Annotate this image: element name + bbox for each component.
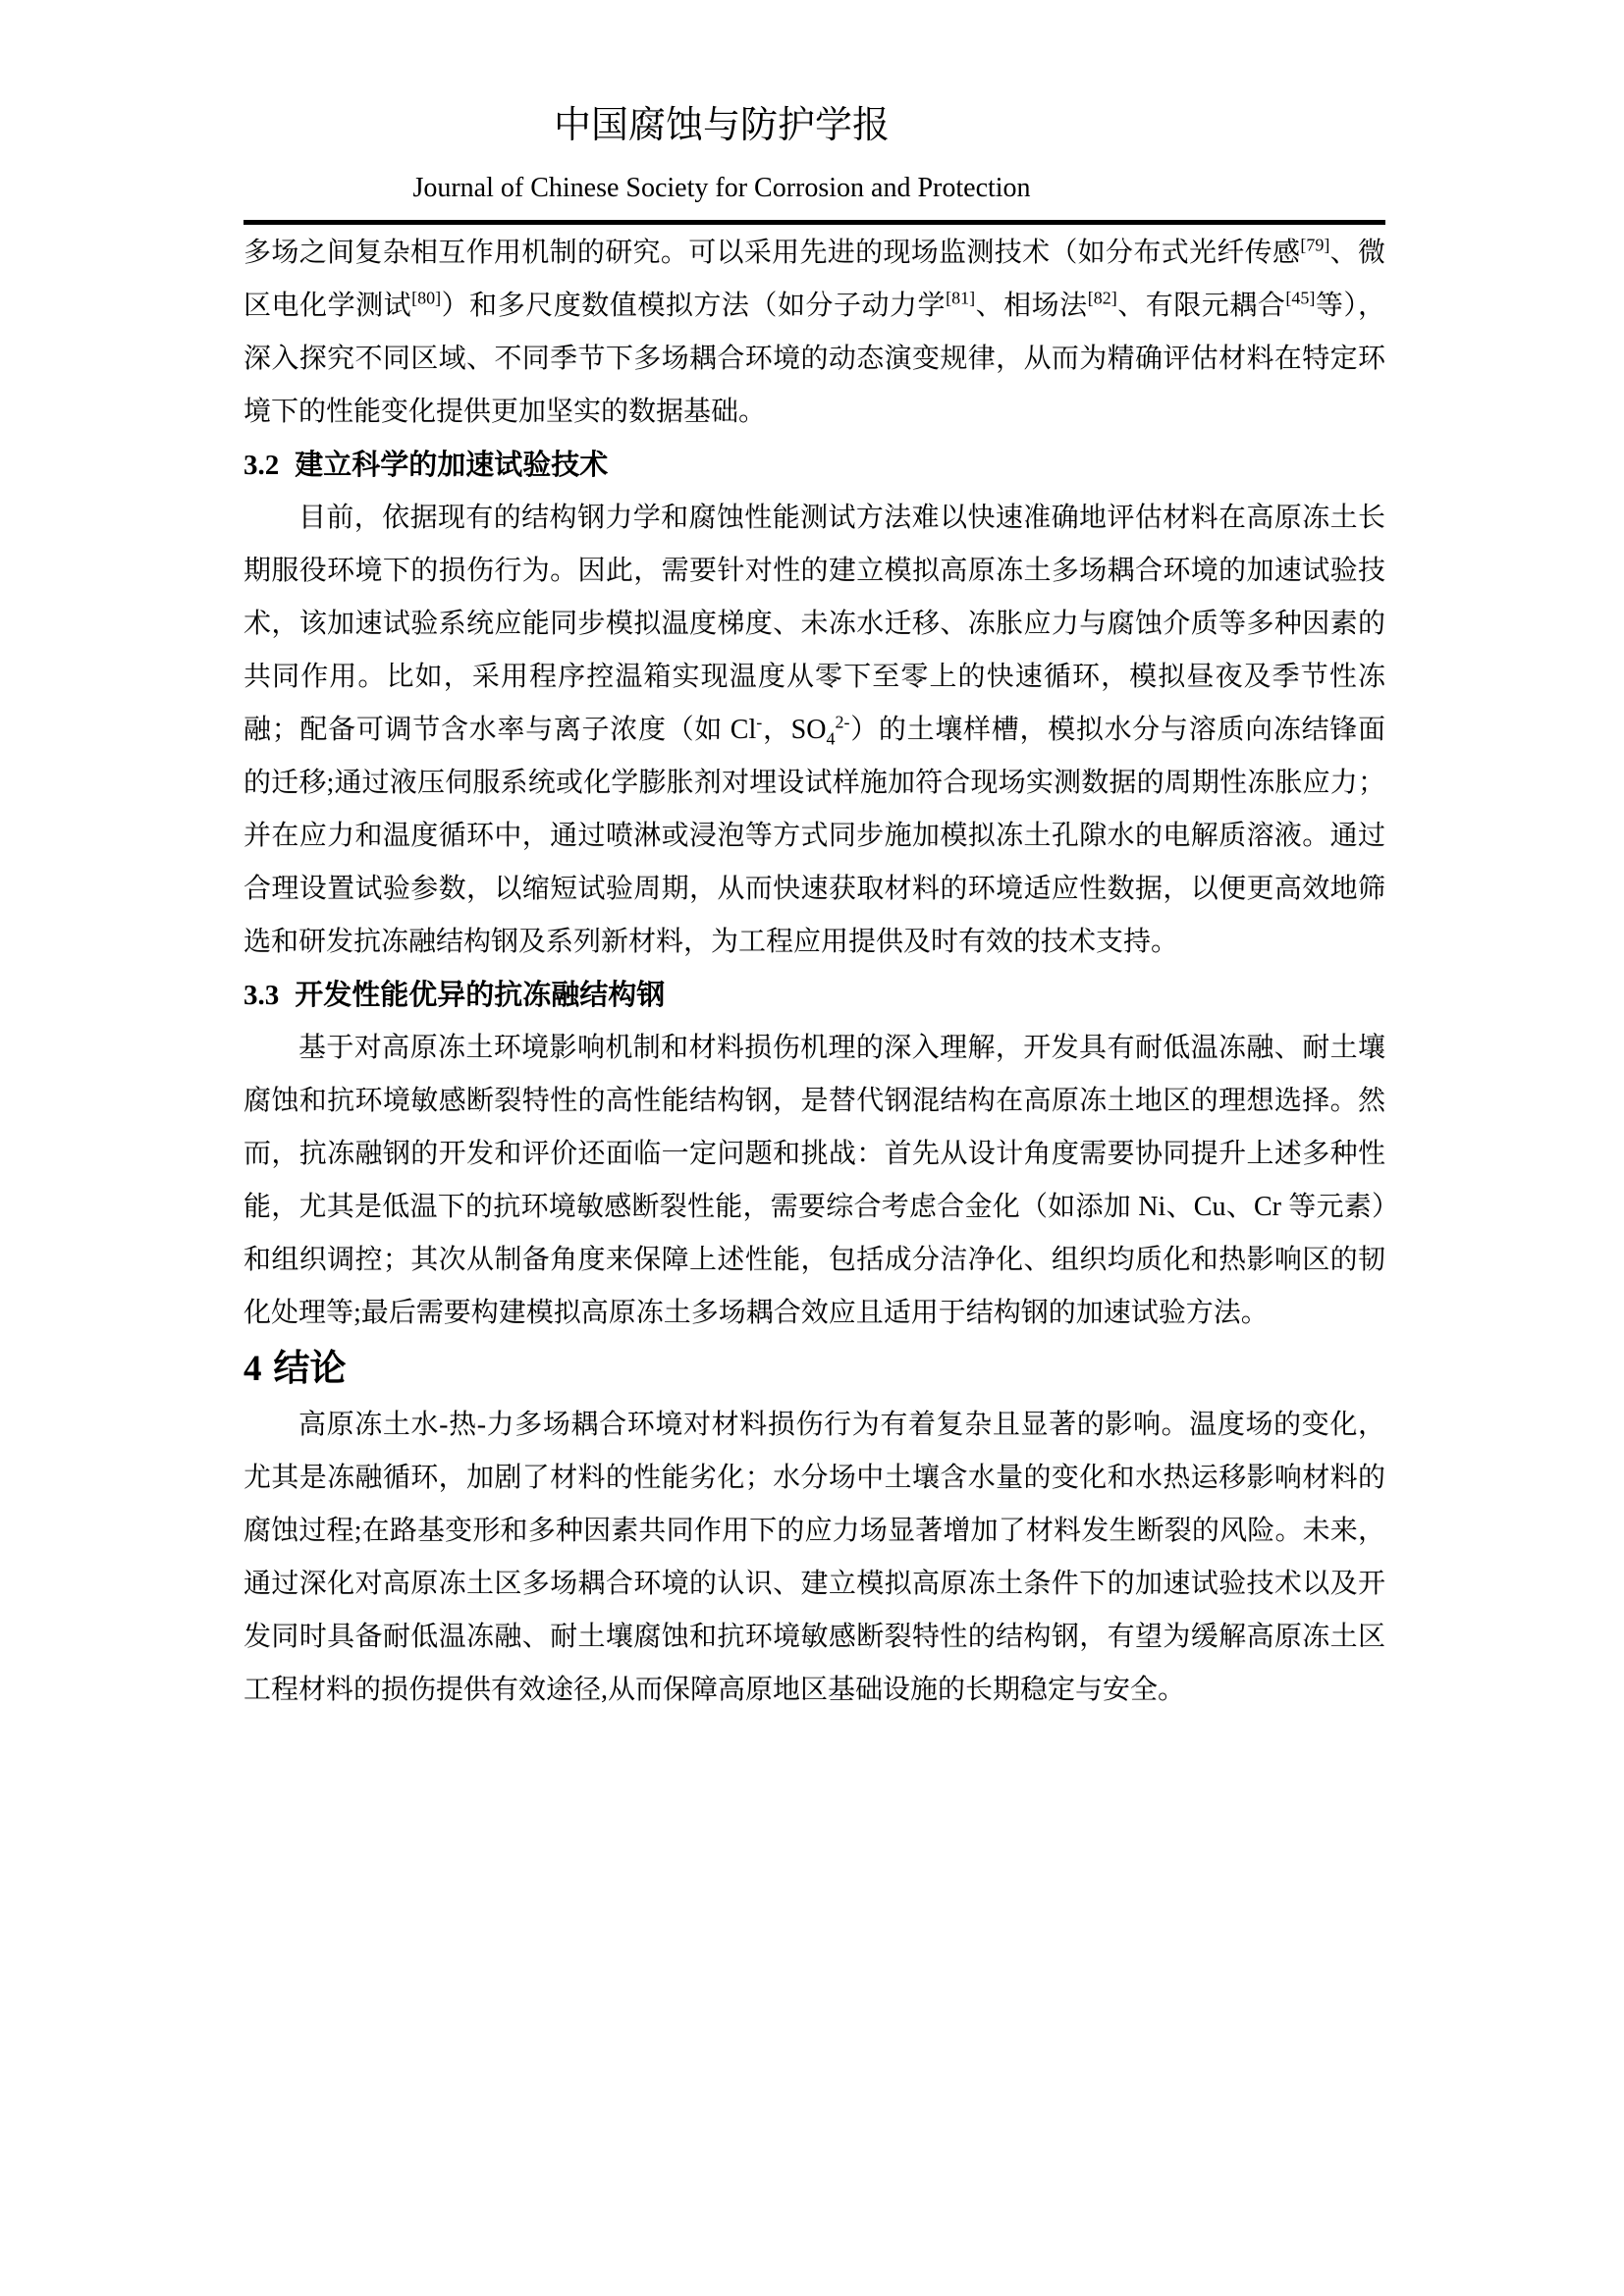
section-heading-3-2: 3.2建立科学的加速试验技术 <box>244 439 1385 492</box>
section-number: 3.2 <box>244 450 279 481</box>
paragraph-accelerated-testing: 目前，依据现有的结构钢力学和腐蚀性能测试方法难以快速准确地评估材料在高原冻土长期… <box>244 492 1385 969</box>
journal-title-zh: 中国腐蚀与防护学报 <box>0 104 1443 147</box>
document-body: 多场之间复杂相互作用机制的研究。可以采用先进的现场监测技术（如分布式光纤传感[7… <box>244 227 1385 1717</box>
paragraph-continuation: 多场之间复杂相互作用机制的研究。可以采用先进的现场监测技术（如分布式光纤传感[7… <box>244 227 1385 439</box>
section-number: 4 <box>244 1349 262 1389</box>
paragraph-structural-steel: 基于对高原冻土环境影响机制和材料损伤机理的深入理解，开发具有耐低温冻融、耐土壤腐… <box>244 1022 1385 1340</box>
conclusion-heading: 4结论 <box>244 1340 1385 1399</box>
section-heading-3-3: 3.3开发性能优异的抗冻融结构钢 <box>244 969 1385 1022</box>
journal-header: 中国腐蚀与防护学报 Journal of Chinese Society for… <box>0 0 1624 204</box>
section-title: 结论 <box>274 1349 347 1389</box>
section-number: 3.3 <box>244 980 279 1011</box>
paragraph-conclusion: 高原冻土水-热-力多场耦合环境对材料损伤行为有着复杂且显著的影响。温度场的变化，… <box>244 1399 1385 1717</box>
document-page: 中国腐蚀与防护学报 Journal of Chinese Society for… <box>0 0 1624 2296</box>
journal-title-en: Journal of Chinese Society for Corrosion… <box>0 173 1443 204</box>
section-title: 开发性能优异的抗冻融结构钢 <box>295 980 665 1011</box>
section-title: 建立科学的加速试验技术 <box>295 450 608 481</box>
header-rule <box>244 220 1385 225</box>
